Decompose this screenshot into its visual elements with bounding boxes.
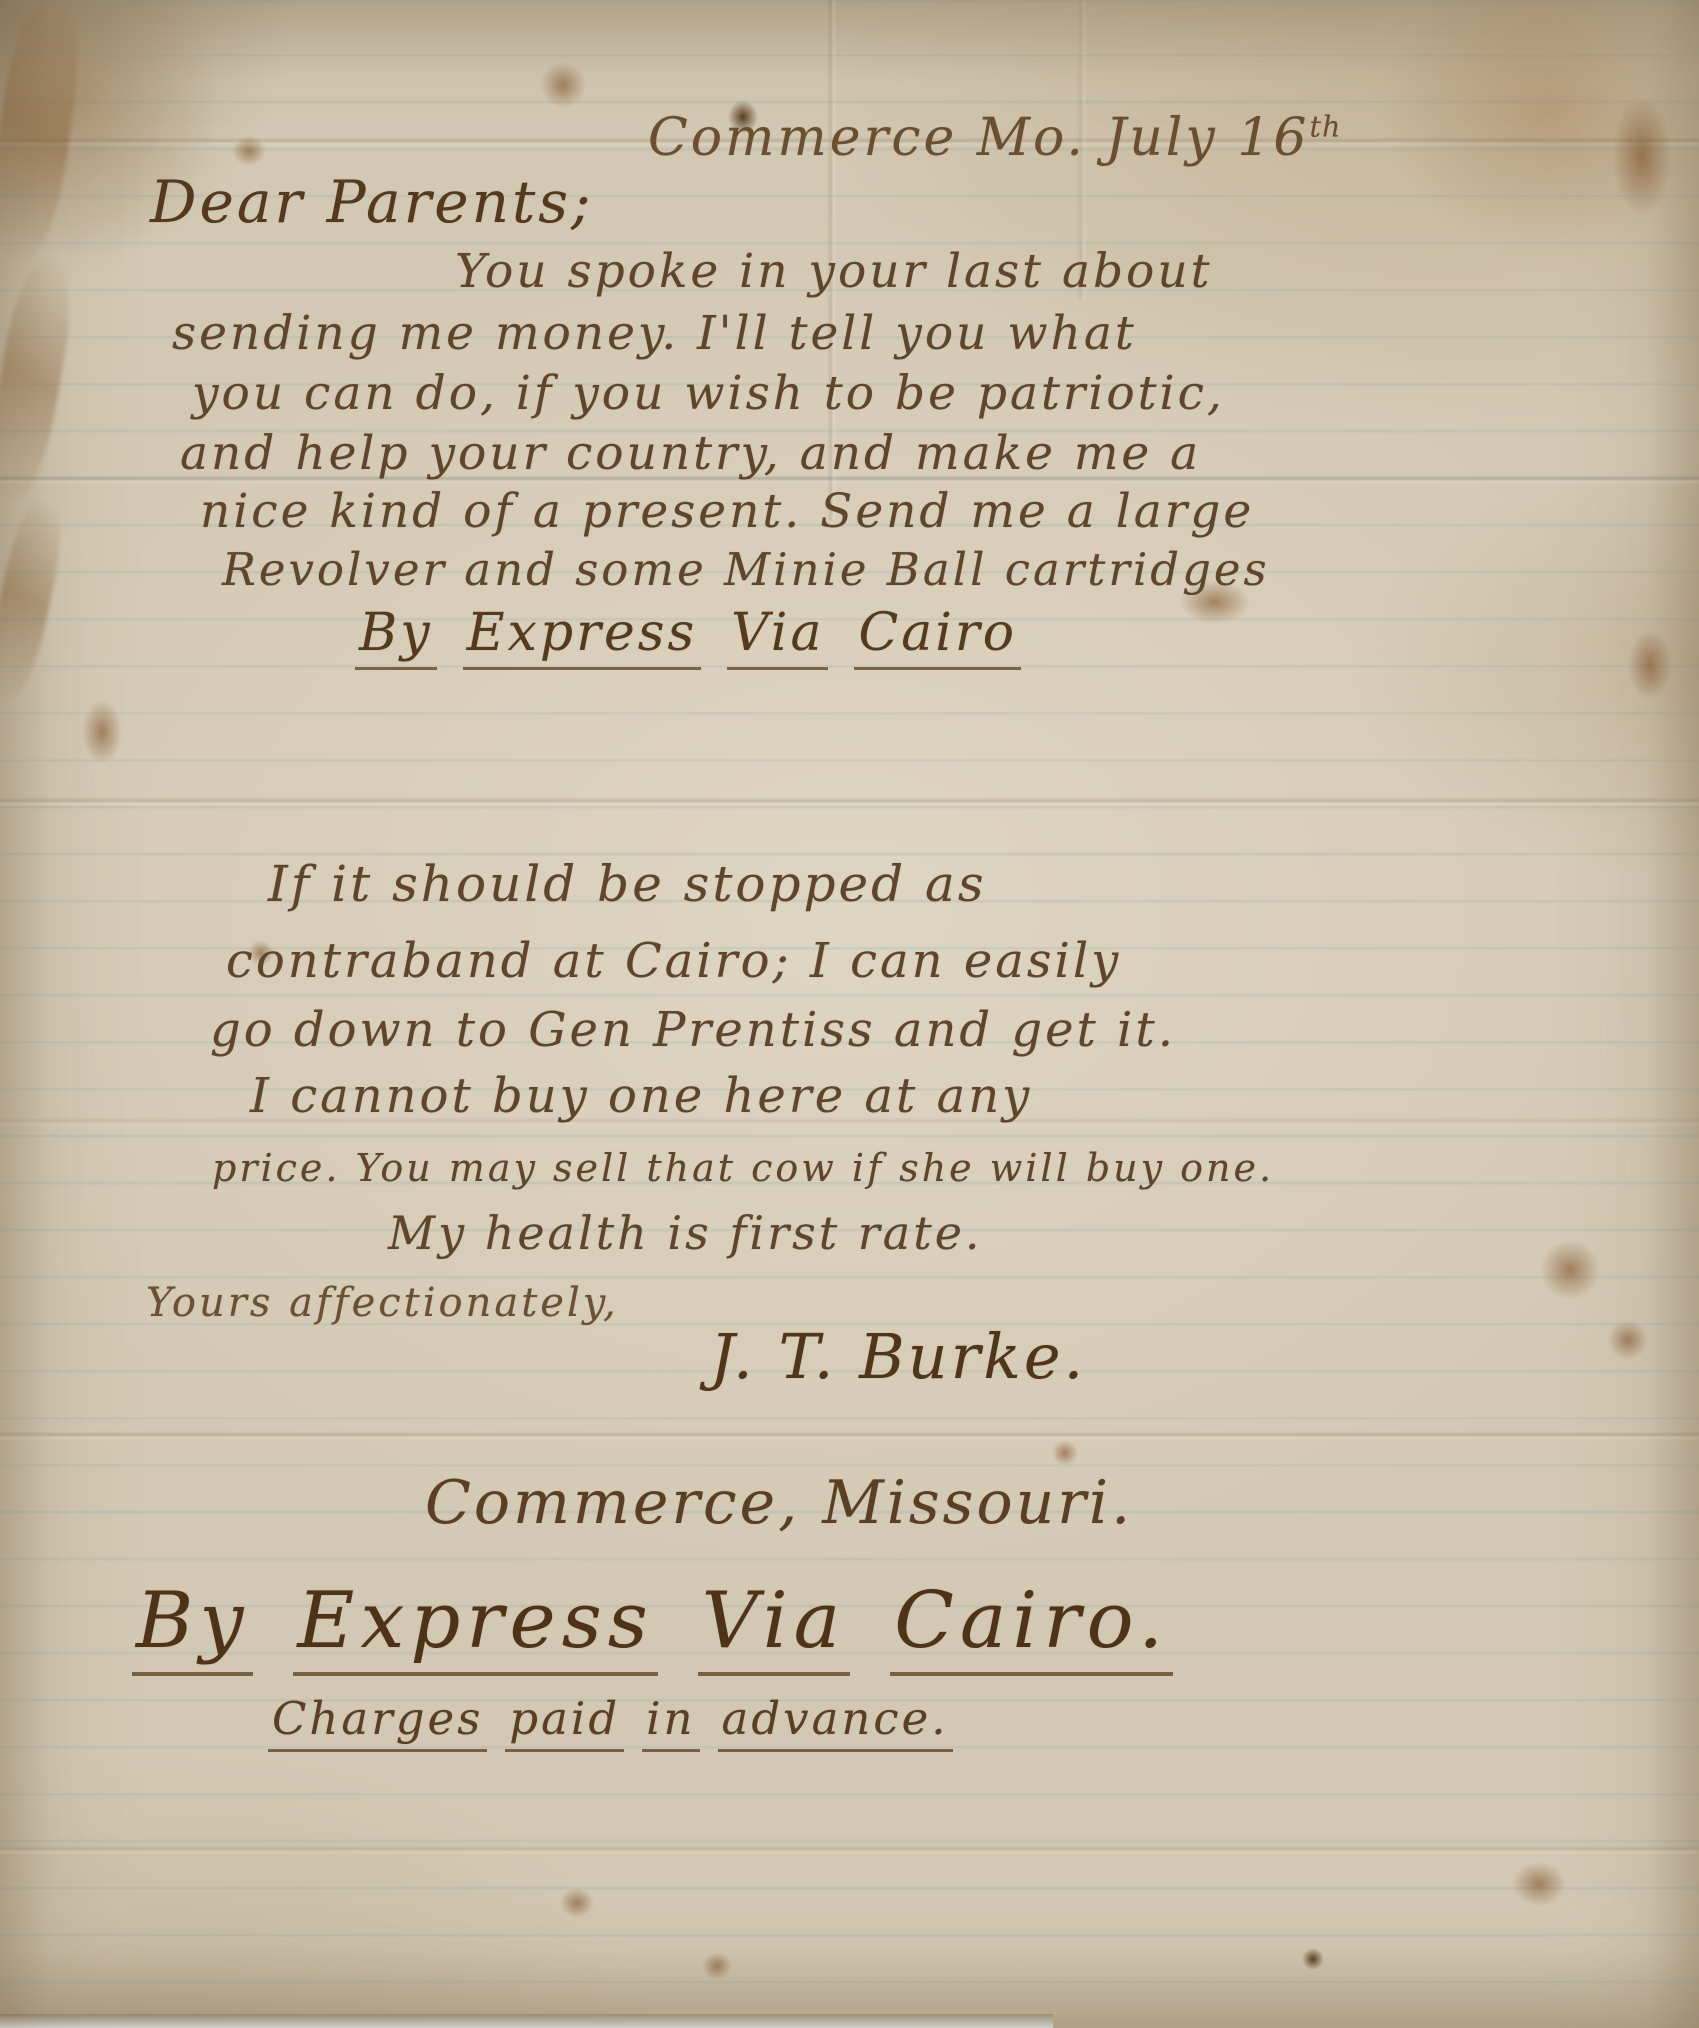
signature: J. T. Burke.	[710, 1320, 1086, 1393]
shipping-word: Via	[698, 1576, 850, 1676]
stain	[1540, 1240, 1600, 1300]
charges-line: Chargespaidinadvance.	[268, 1692, 971, 1752]
stain-streak	[0, 497, 70, 703]
fold-crease	[0, 798, 1699, 806]
shipping-word: Cairo.	[890, 1576, 1173, 1676]
body-line: I cannot buy one here at any	[250, 1068, 1032, 1124]
stain	[1608, 1320, 1648, 1360]
dateline-text: Commerce Mo. July 16	[648, 108, 1310, 168]
dateline-superscript: th	[1310, 110, 1342, 144]
stain	[1052, 1440, 1078, 1466]
letter-scan: Commerce Mo. July 16th Dear Parents; You…	[0, 0, 1699, 2028]
body-line: you can do, if you wish to be patriotic,	[192, 366, 1225, 421]
stain	[1628, 630, 1672, 700]
dateline: Commerce Mo. July 16th	[648, 108, 1341, 168]
express-heading: ByExpressViaCairo	[355, 603, 1021, 670]
charges-word: paid	[505, 1692, 624, 1752]
place-line: Commerce, Missouri.	[425, 1468, 1133, 1538]
stain	[1380, 0, 1699, 260]
stain	[1612, 96, 1672, 216]
shipping-word: Express	[293, 1576, 657, 1676]
charges-word: Charges	[268, 1692, 487, 1752]
body-line: You spoke in your last about	[455, 244, 1213, 299]
body-line: go down to Gen Prentiss and get it.	[210, 1002, 1176, 1058]
stain	[82, 700, 122, 764]
body-line: Revolver and some Minie Ball cartridges	[222, 543, 1270, 596]
body-line: and help your country, and make me a	[180, 426, 1201, 481]
fold-crease	[0, 1432, 1699, 1440]
salutation: Dear Parents;	[150, 168, 594, 236]
charges-word: advance.	[718, 1692, 953, 1752]
body-line: price. You may sell that cow if she will…	[212, 1146, 1274, 1190]
stain	[540, 62, 586, 108]
charges-word: in	[642, 1692, 699, 1752]
stain	[232, 136, 266, 166]
shipping-instruction: ByExpressViaCairo.	[132, 1576, 1213, 1676]
express-heading-word: By	[355, 603, 437, 670]
body-line: If it should be stopped as	[268, 855, 987, 913]
stain	[560, 1888, 594, 1918]
fold-crease	[0, 1846, 1699, 1854]
body-line: contraband at Cairo; I can easily	[226, 933, 1121, 989]
stain-streak	[0, 257, 80, 504]
paper-bottom-edge	[0, 2014, 1053, 2028]
stain	[702, 1952, 732, 1980]
express-heading-word: Via	[727, 603, 828, 670]
body-line: nice kind of a present. Send me a large	[200, 484, 1254, 539]
stain	[1302, 1948, 1324, 1970]
stain-streak	[0, 0, 88, 264]
closing: Yours affectionately,	[146, 1280, 619, 1326]
stain	[1512, 1862, 1566, 1906]
shipping-word: By	[132, 1576, 253, 1676]
body-line: sending me money. I'll tell you what	[172, 306, 1137, 361]
express-heading-word: Cairo	[854, 603, 1021, 670]
express-heading-word: Express	[463, 603, 702, 670]
body-line: My health is first rate.	[388, 1206, 983, 1260]
